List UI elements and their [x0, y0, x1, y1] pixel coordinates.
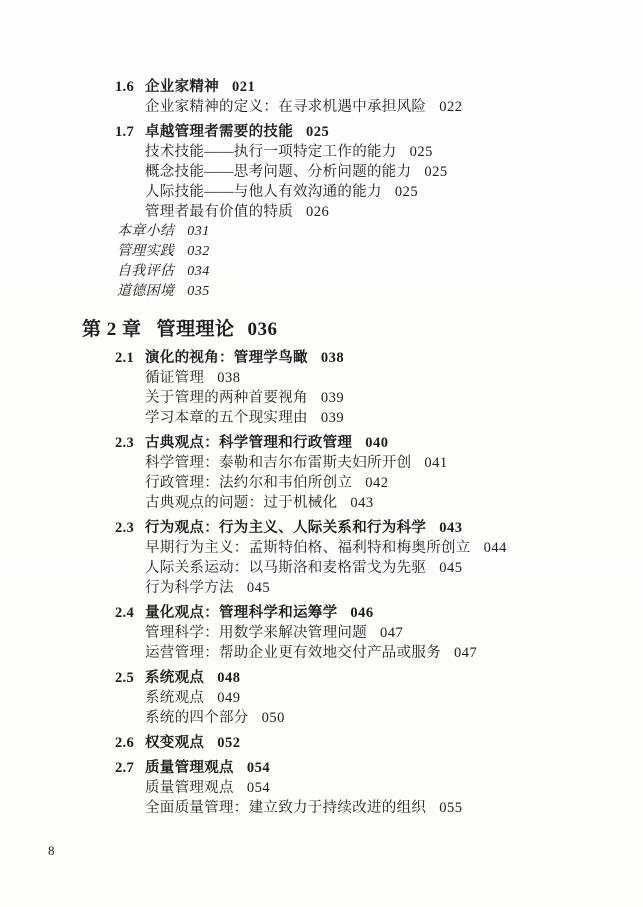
toc-sub-item: 技术技能——执行一项特定工作的能力025 — [0, 142, 643, 162]
entry-page-number: 045 — [247, 580, 270, 596]
entry-title: 系统观点 — [145, 690, 204, 706]
entry-page-number: 055 — [439, 800, 462, 816]
section-number: 2.6 — [115, 733, 145, 753]
entry-title: 管理者最有价值的特质 — [145, 204, 293, 220]
toc-sub-item: 概念技能——思考问题、分析问题的能力025 — [0, 162, 643, 182]
toc-sub-item: 全面质量管理：建立致力于持续改进的组织055 — [0, 798, 643, 818]
entry-title: 管理实践 — [117, 244, 174, 259]
entry-title: 企业家精神的定义：在寻求机遇中承担风险 — [145, 99, 426, 115]
entry-page-number: 035 — [187, 284, 210, 299]
section-number: 2.3 — [115, 433, 145, 453]
toc-sub-item: 运营管理：帮助企业更有效地交付产品或服务047 — [0, 643, 643, 663]
toc-section-heading: 1.6企业家精神021 — [0, 77, 643, 97]
section-number: 1.6 — [115, 77, 145, 97]
entry-page-number: 047 — [380, 625, 403, 641]
entry-page-number: 038 — [217, 370, 240, 386]
entry-title: 管理理论 — [157, 319, 235, 340]
entry-page-number: 032 — [187, 244, 210, 259]
toc-section-heading: 1.7卓越管理者需要的技能025 — [0, 122, 643, 142]
entry-title: 系统观点 — [145, 670, 204, 686]
entry-page-number: 039 — [321, 410, 344, 426]
entry-page-number: 034 — [187, 264, 210, 279]
toc-sub-item: 人际关系运动：以马斯洛和麦格雷戈为先驱045 — [0, 558, 643, 578]
entry-title: 道德困境 — [117, 284, 174, 299]
section-number: 2.3 — [115, 518, 145, 538]
entry-page-number: 036 — [248, 319, 278, 340]
entry-title: 古典观点：科学管理和行政管理 — [145, 435, 352, 451]
entry-title: 本章小结 — [117, 224, 174, 239]
entry-page-number: 041 — [424, 455, 447, 471]
toc-section-heading: 2.1演化的视角：管理学鸟瞰038 — [0, 348, 643, 368]
entry-title: 行为科学方法 — [145, 580, 234, 596]
toc-sub-item: 循证管理038 — [0, 368, 643, 388]
toc-section-heading: 2.5系统观点048 — [0, 668, 643, 688]
toc-section-heading: 2.3古典观点：科学管理和行政管理040 — [0, 433, 643, 453]
toc-page: 1.6企业家精神021企业家精神的定义：在寻求机遇中承担风险0221.7卓越管理… — [0, 0, 643, 907]
toc-sub-item: 关于管理的两种首要视角039 — [0, 388, 643, 408]
entry-page-number: 049 — [217, 690, 240, 706]
entry-page-number: 044 — [484, 540, 507, 556]
toc-sub-item: 人际技能——与他人有效沟通的能力025 — [0, 182, 643, 202]
entry-page-number: 025 — [306, 124, 329, 140]
entry-page-number: 025 — [410, 144, 433, 160]
entry-title: 运营管理：帮助企业更有效地交付产品或服务 — [145, 645, 441, 661]
section-number: 2.5 — [115, 668, 145, 688]
toc-sub-item: 学习本章的五个现实理由039 — [0, 408, 643, 428]
toc-endmatter-item: 本章小结031 — [0, 222, 643, 242]
entry-title: 循证管理 — [145, 370, 204, 386]
entry-page-number: 054 — [247, 780, 270, 796]
entry-title: 全面质量管理：建立致力于持续改进的组织 — [145, 800, 426, 816]
entry-title: 质量管理观点 — [145, 780, 234, 796]
section-number: 2.1 — [115, 348, 145, 368]
toc-sub-item: 早期行为主义：孟斯特伯格、福利特和梅奥所创立044 — [0, 538, 643, 558]
section-number: 1.7 — [115, 122, 145, 142]
entry-page-number: 043 — [439, 520, 462, 536]
entry-page-number: 045 — [439, 560, 462, 576]
entry-title: 人际关系运动：以马斯洛和麦格雷戈为先驱 — [145, 560, 426, 576]
chapter-heading: 第 2 章管理理论036 — [0, 318, 643, 342]
toc-list: 1.6企业家精神021企业家精神的定义：在寻求机遇中承担风险0221.7卓越管理… — [0, 77, 643, 818]
entry-page-number: 025 — [424, 164, 447, 180]
entry-title: 质量管理观点 — [145, 760, 234, 776]
entry-page-number: 022 — [439, 99, 462, 115]
entry-title: 企业家精神 — [145, 79, 219, 95]
entry-page-number: 040 — [365, 435, 388, 451]
entry-page-number: 046 — [350, 605, 373, 621]
toc-sub-item: 系统观点049 — [0, 688, 643, 708]
toc-sub-item: 管理者最有价值的特质026 — [0, 202, 643, 222]
entry-title: 科学管理：泰勒和吉尔布雷斯夫妇所开创 — [145, 455, 411, 471]
toc-endmatter-item: 管理实践032 — [0, 242, 643, 262]
entry-page-number: 054 — [247, 760, 270, 776]
toc-section-heading: 2.3行为观点：行为主义、人际关系和行为科学043 — [0, 518, 643, 538]
entry-title: 关于管理的两种首要视角 — [145, 390, 308, 406]
entry-title: 量化观点：管理科学和运筹学 — [145, 605, 337, 621]
chapter-number: 第 2 章 — [82, 319, 142, 340]
entry-title: 行为观点：行为主义、人际关系和行为科学 — [145, 520, 426, 536]
entry-title: 技术技能——执行一项特定工作的能力 — [145, 144, 397, 160]
toc-sub-item: 管理科学：用数学来解决管理问题047 — [0, 623, 643, 643]
entry-title: 演化的视角：管理学鸟瞰 — [145, 350, 308, 366]
entry-page-number: 026 — [306, 204, 329, 220]
entry-title: 人际技能——与他人有效沟通的能力 — [145, 184, 382, 200]
page-number: 8 — [48, 843, 55, 859]
entry-title: 系统的四个部分 — [145, 710, 249, 726]
entry-page-number: 050 — [262, 710, 285, 726]
toc-sub-item: 质量管理观点054 — [0, 778, 643, 798]
entry-page-number: 042 — [365, 475, 388, 491]
entry-page-number: 025 — [395, 184, 418, 200]
entry-page-number: 048 — [217, 670, 240, 686]
entry-page-number: 038 — [321, 350, 344, 366]
toc-sub-item: 行政管理：法约尔和韦伯所创立042 — [0, 473, 643, 493]
toc-sub-item: 行为科学方法045 — [0, 578, 643, 598]
entry-title: 古典观点的问题：过于机械化 — [145, 495, 337, 511]
entry-page-number: 031 — [187, 224, 210, 239]
toc-sub-item: 系统的四个部分050 — [0, 708, 643, 728]
entry-page-number: 039 — [321, 390, 344, 406]
entry-title: 概念技能——思考问题、分析问题的能力 — [145, 164, 411, 180]
toc-endmatter-item: 自我评估034 — [0, 262, 643, 282]
toc-endmatter-item: 道德困境035 — [0, 282, 643, 302]
entry-title: 权变观点 — [145, 735, 204, 751]
entry-title: 管理科学：用数学来解决管理问题 — [145, 625, 367, 641]
entry-page-number: 021 — [232, 79, 255, 95]
entry-title: 行政管理：法约尔和韦伯所创立 — [145, 475, 352, 491]
toc-sub-item: 企业家精神的定义：在寻求机遇中承担风险022 — [0, 97, 643, 117]
toc-sub-item: 古典观点的问题：过于机械化043 — [0, 493, 643, 513]
toc-section-heading: 2.6权变观点052 — [0, 733, 643, 753]
section-number: 2.7 — [115, 758, 145, 778]
toc-section-heading: 2.4量化观点：管理科学和运筹学046 — [0, 603, 643, 623]
entry-title: 卓越管理者需要的技能 — [145, 124, 293, 140]
entry-page-number: 043 — [350, 495, 373, 511]
entry-page-number: 052 — [217, 735, 240, 751]
toc-section-heading: 2.7质量管理观点054 — [0, 758, 643, 778]
entry-title: 学习本章的五个现实理由 — [145, 410, 308, 426]
entry-title: 自我评估 — [117, 264, 174, 279]
entry-title: 早期行为主义：孟斯特伯格、福利特和梅奥所创立 — [145, 540, 471, 556]
toc-sub-item: 科学管理：泰勒和吉尔布雷斯夫妇所开创041 — [0, 453, 643, 473]
section-number: 2.4 — [115, 603, 145, 623]
entry-page-number: 047 — [454, 645, 477, 661]
